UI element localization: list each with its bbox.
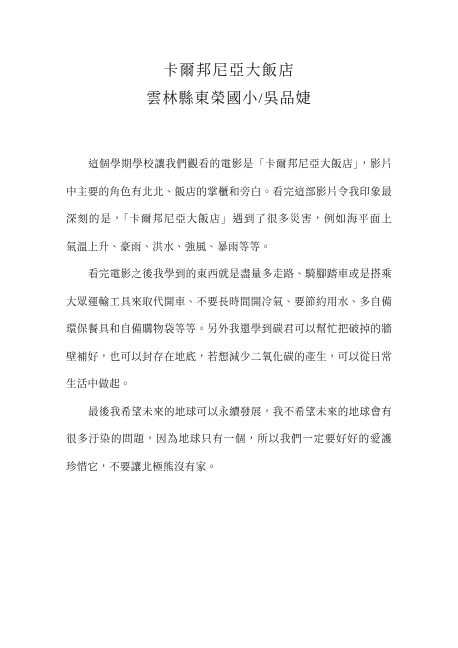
paragraph-2-line-1: 看完電影之後我學到的東西就是盡量多走路、騎腳踏車或是搭乘 <box>66 261 392 289</box>
paragraph-2-line-5: 生活中做起。 <box>66 371 392 399</box>
document-title: 卡爾邦尼亞大飯店 <box>0 57 458 85</box>
paragraph-2-line-3: 環保餐具和自備購物袋等等。另外我還學到碳君可以幫忙把破掉的牆 <box>66 316 392 344</box>
paragraph-3-line-3: 珍惜它，不要讓北極熊沒有家。 <box>66 454 392 482</box>
paragraph-2: 看完電影之後我學到的東西就是盡量多走路、騎腳踏車或是搭乘 大眾運輸工具來取代開車… <box>66 261 392 399</box>
paragraph-2-line-4: 壁補好，也可以封存在地底，若想減少二氧化碳的產生，可以從日常 <box>66 344 392 372</box>
paragraph-3-line-2: 很多汙染的問題，因為地球只有一個，所以我們一定要好好的愛護它、 <box>66 426 392 454</box>
paragraph-3: 最後我希望未來的地球可以永續發展，我不希望未來的地球會有 很多汙染的問題，因為地… <box>66 399 392 482</box>
paragraph-1-line-1: 這個學期學校讓我們觀看的電影是「卡爾邦尼亞大飯店」，影片 <box>66 151 392 179</box>
document-byline: 雲林縣東榮國小/吳品婕 <box>0 85 458 113</box>
document-body: 這個學期學校讓我們觀看的電影是「卡爾邦尼亞大飯店」，影片 中主要的角色有北北、飯… <box>66 151 392 481</box>
paragraph-2-line-2: 大眾運輸工具來取代開車、不要長時間開冷氣、要節約用水、多自備 <box>66 289 392 317</box>
paragraph-1-line-3: 深刻的是，「卡爾邦尼亞大飯店」遇到了很多災害，例如海平面上升、 <box>66 206 392 234</box>
paragraph-3-line-1: 最後我希望未來的地球可以永續發展，我不希望未來的地球會有 <box>66 399 392 427</box>
paragraph-1-line-2: 中主要的角色有北北、飯店的掌櫃和旁白。看完這部影片令我印象最 <box>66 179 392 207</box>
paragraph-1-line-4: 氣溫上升、豪雨、洪水、強風、暴雨等等。 <box>66 234 392 262</box>
paragraph-1: 這個學期學校讓我們觀看的電影是「卡爾邦尼亞大飯店」，影片 中主要的角色有北北、飯… <box>66 151 392 261</box>
document-page: 卡爾邦尼亞大飯店 雲林縣東榮國小/吳品婕 這個學期學校讓我們觀看的電影是「卡爾邦… <box>0 0 458 648</box>
